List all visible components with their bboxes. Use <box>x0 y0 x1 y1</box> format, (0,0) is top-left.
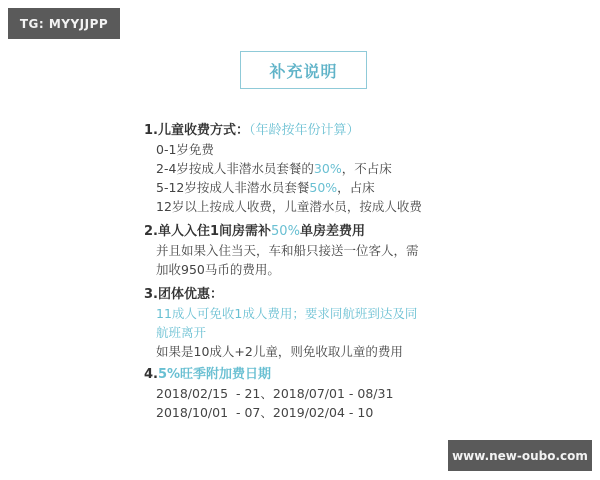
section-single-room: 2.单人入住1间房需补50%单房差费用 并且如果入住当天，车和船只接送一位客人，… <box>144 222 474 279</box>
notes-content: 1.儿童收费方式：（年龄按年份计算） 0-1岁免费 2-4岁按成人非潜水员套餐的… <box>144 121 474 422</box>
list-item: 加收950马币的费用。 <box>144 260 474 279</box>
watermark-top: TG: MYYJJPP <box>8 8 120 39</box>
heading-note: （年龄按年份计算） <box>249 123 360 138</box>
page-title: 补充说明 <box>240 51 367 89</box>
list-item: 如果是10成人+2儿童，则免收取儿童的费用 <box>144 342 474 361</box>
list-item: 11成人可免收1成人费用；要求同航班到达及同 <box>144 304 474 323</box>
section-group-discount: 3.团体优惠： 11成人可免收1成人费用；要求同航班到达及同 航班离开 如果是1… <box>144 285 474 361</box>
heading-text: 1.儿童收费方式： <box>144 123 249 138</box>
heading-text: 5%旺季附加费日期 <box>158 367 271 382</box>
list-item: 12岁以上按成人收费，儿童潜水员，按成人收费 <box>144 197 474 216</box>
section-peak-season: 4.5%旺季附加费日期 2018/02/15 - 21、2018/07/01 -… <box>144 365 474 422</box>
date-range: 2018/10/01 - 07、2019/02/04 - 10 <box>144 403 474 422</box>
list-item: 航班离开 <box>144 323 474 342</box>
watermark-bottom: www.new-oubo.com <box>448 440 592 471</box>
list-item: 5-12岁按成人非潜水员套餐50%，占床 <box>144 178 474 197</box>
section-heading: 4.5%旺季附加费日期 <box>144 365 474 384</box>
section-heading: 2.单人入住1间房需补50%单房差费用 <box>144 222 474 241</box>
section-number: 4. <box>144 367 158 382</box>
text: 2.单人入住1间房需补 <box>144 224 271 239</box>
percent-highlight: 30% <box>314 161 342 176</box>
date-range: 2018/02/15 - 21、2018/07/01 - 08/31 <box>144 384 474 403</box>
percent-highlight: 50% <box>271 224 300 239</box>
text: 单房差费用 <box>300 224 365 239</box>
section-child-fees: 1.儿童收费方式：（年龄按年份计算） 0-1岁免费 2-4岁按成人非潜水员套餐的… <box>144 121 474 216</box>
list-item: 并且如果入住当天，车和船只接送一位客人，需 <box>144 241 474 260</box>
text: 5-12岁按成人非潜水员套餐 <box>156 180 309 195</box>
percent-highlight: 50% <box>309 180 337 195</box>
text: ，不占床 <box>342 161 392 176</box>
section-heading: 1.儿童收费方式：（年龄按年份计算） <box>144 121 474 140</box>
text: 2-4岁按成人非潜水员套餐的 <box>156 161 314 176</box>
list-item: 2-4岁按成人非潜水员套餐的30%，不占床 <box>144 159 474 178</box>
section-heading: 3.团体优惠： <box>144 285 474 304</box>
text: ，占床 <box>337 180 375 195</box>
list-item: 0-1岁免费 <box>144 140 474 159</box>
